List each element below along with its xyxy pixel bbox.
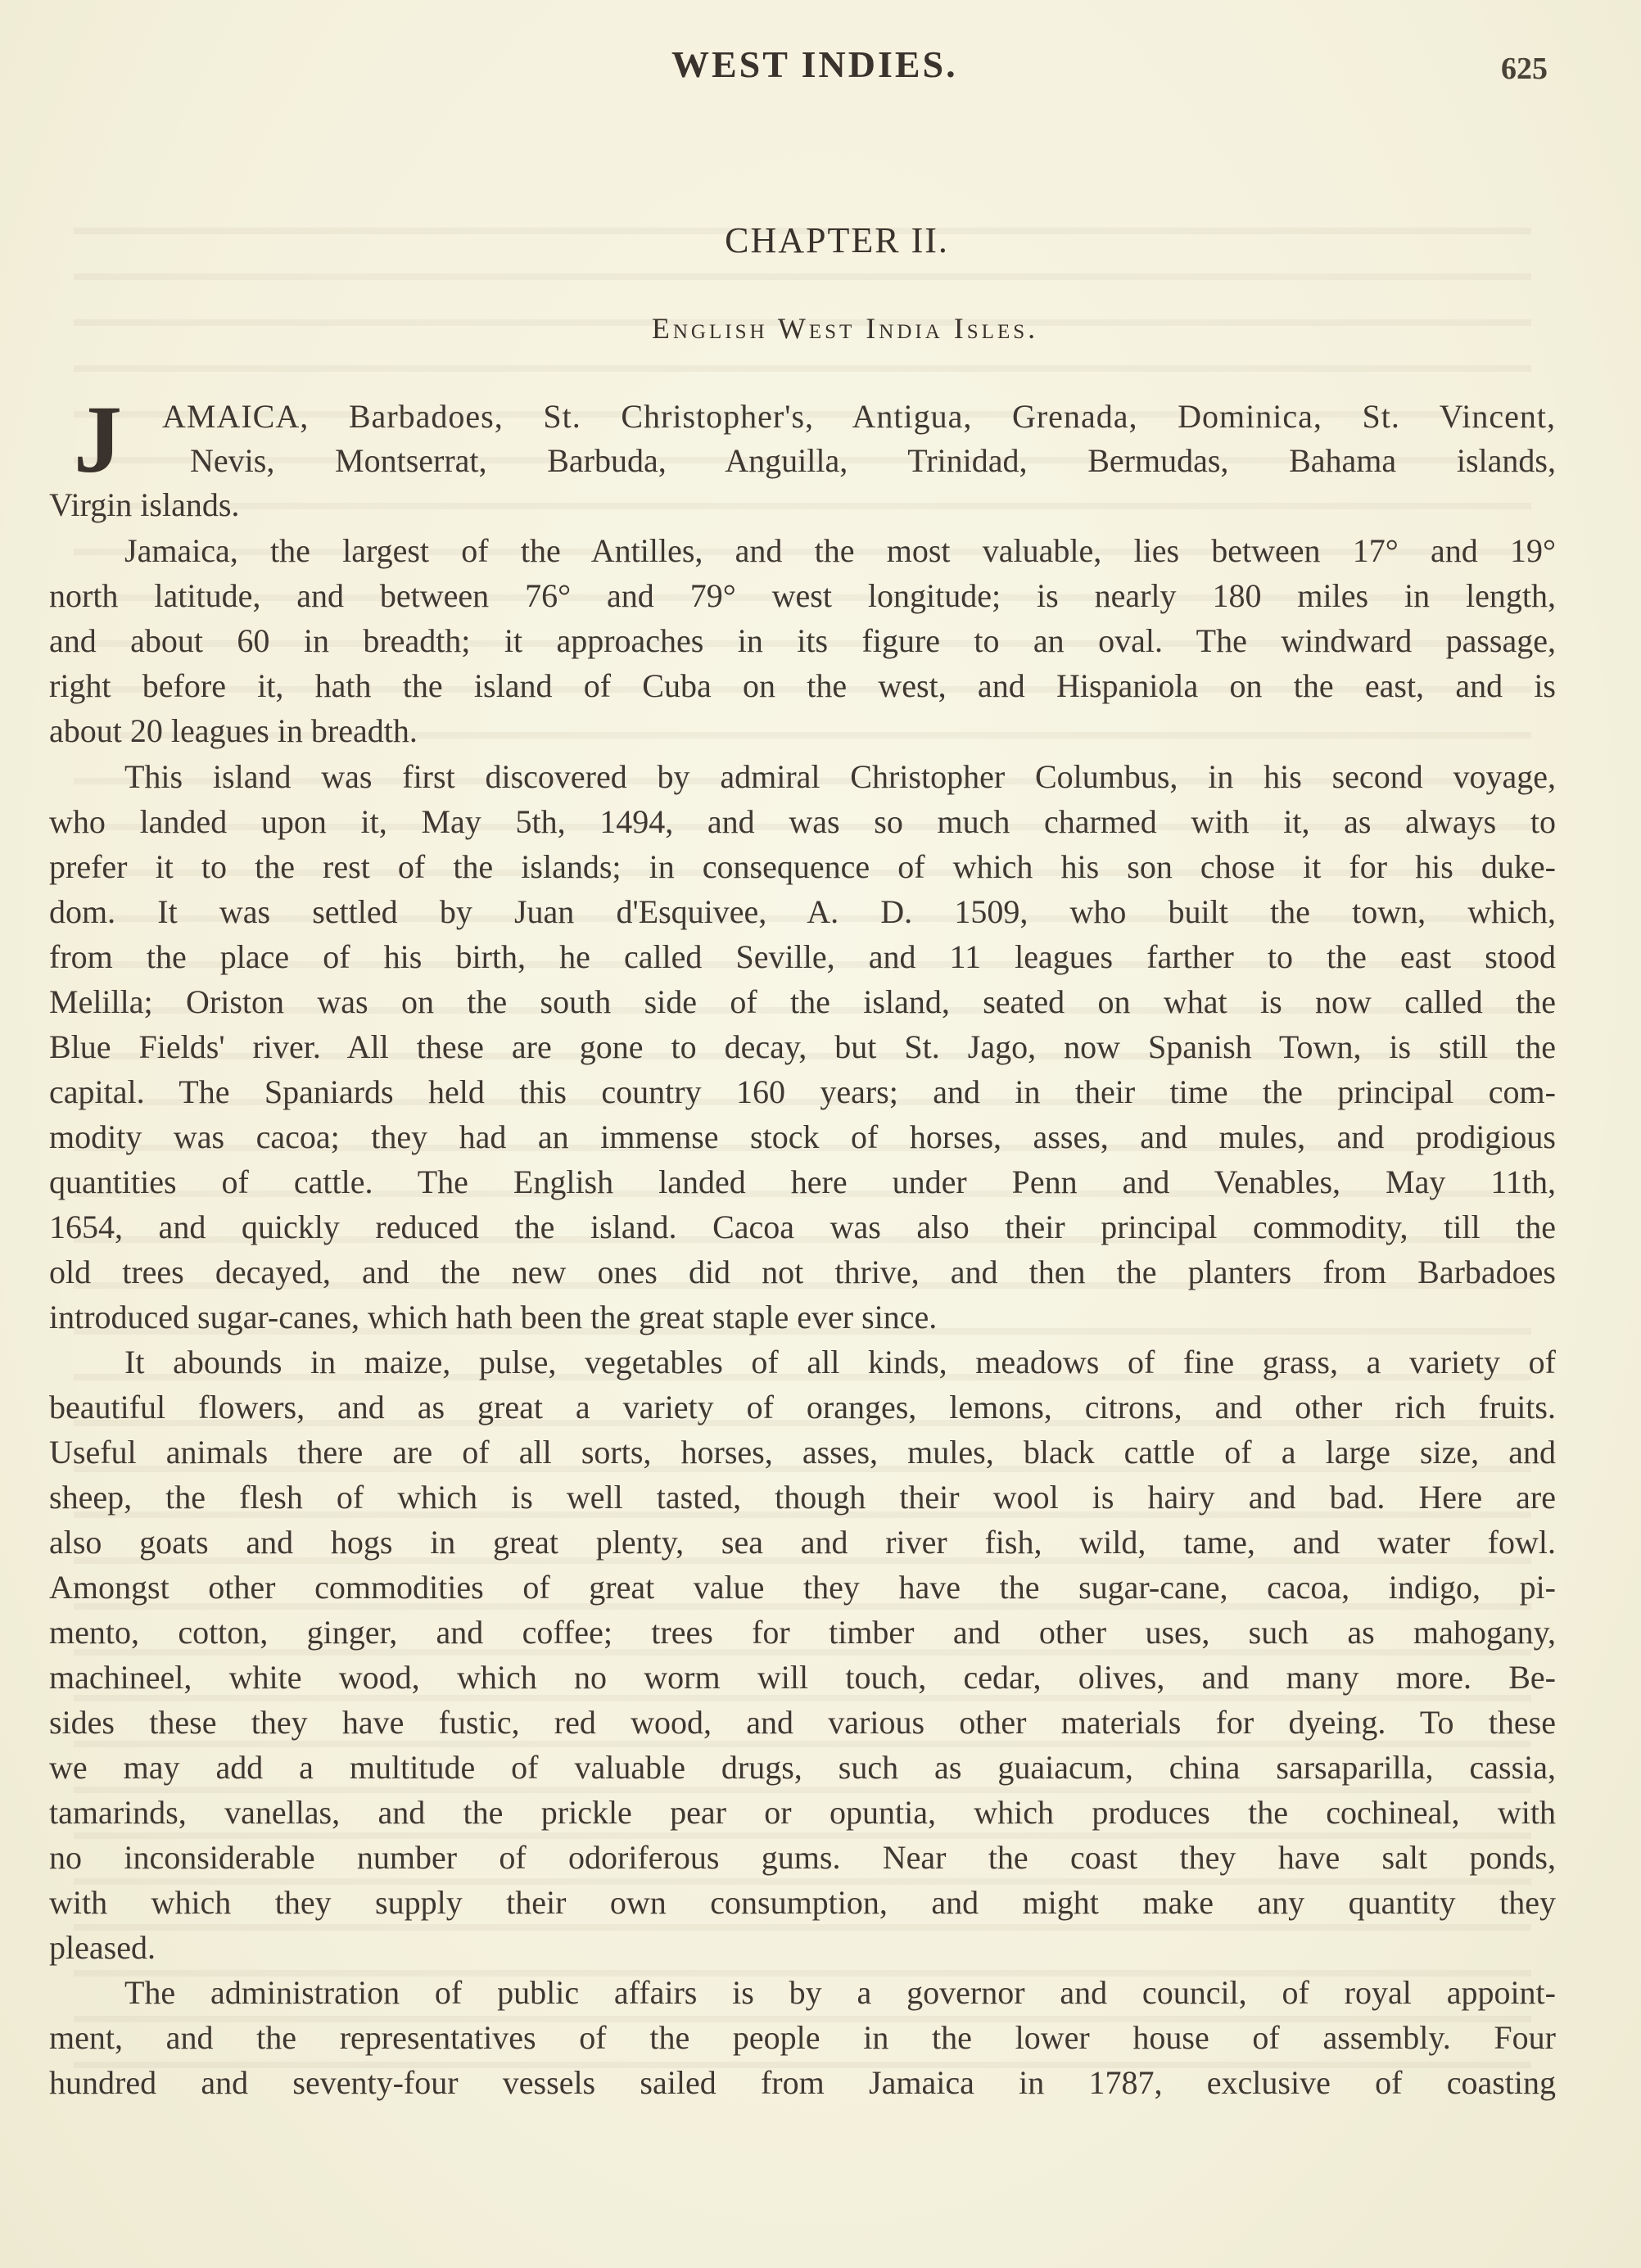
text-line: Virgin islands.: [49, 485, 1556, 526]
text-line: introduced sugar-canes, which hath been …: [49, 1297, 1556, 1338]
text-line: AMAICA, Barbadoes, St. Christopher's, An…: [49, 396, 1556, 437]
text-line: and about 60 in breadth; it approaches i…: [49, 621, 1556, 662]
text-line: north latitude, and between 76° and 79° …: [49, 576, 1556, 617]
text-line: about 20 leagues in breadth.: [49, 711, 1556, 752]
paragraph-start-line: The administration of public affairs is …: [49, 1972, 1556, 2013]
text-line: from the place of his birth, he called S…: [49, 937, 1556, 978]
text-line: Useful animals there are of all sorts, h…: [49, 1432, 1556, 1473]
text-line: who landed upon it, May 5th, 1494, and w…: [49, 802, 1556, 843]
text-line: modity was cacoa; they had an immense st…: [49, 1117, 1556, 1158]
text-line: Amongst other commodities of great value…: [49, 1567, 1556, 1608]
text-line: machineel, white wood, which no worm wil…: [49, 1657, 1556, 1698]
chapter-title: CHAPTER II.: [0, 219, 1641, 261]
text-line: sides these they have fustic, red wood, …: [49, 1702, 1556, 1743]
text-line: tamarinds, vanellas, and the prickle pea…: [49, 1792, 1556, 1833]
text-line: with which they supply their own consump…: [49, 1882, 1556, 1923]
text-line: ment, and the representatives of the peo…: [49, 2017, 1556, 2058]
text-line: old trees decayed, and the new ones did …: [49, 1252, 1556, 1293]
text-line: also goats and hogs in great plenty, sea…: [49, 1522, 1556, 1563]
text-line: Nevis, Montserrat, Barbuda, Anguilla, Tr…: [49, 440, 1556, 481]
paragraph-start-line: Jamaica, the largest of the Antilles, an…: [49, 531, 1556, 572]
running-title: WEST INDIES.: [671, 43, 958, 86]
text-line: Melilla; Oriston was on the south side o…: [49, 982, 1556, 1023]
text-line: pleased.: [49, 1927, 1556, 1968]
text-line: capital. The Spaniards held this country…: [49, 1072, 1556, 1113]
text-line: Blue Fields' river. All these are gone t…: [49, 1027, 1556, 1068]
paragraph-start-line: It abounds in maize, pulse, vegetables o…: [49, 1342, 1556, 1383]
text-line: beautiful flowers, and as great a variet…: [49, 1387, 1556, 1428]
book-page: WEST INDIES. 625 CHAPTER II. English Wes…: [0, 0, 1641, 2268]
page-number: 625: [1501, 51, 1548, 87]
text-line: hundred and seventy-four vessels sailed …: [49, 2062, 1556, 2103]
text-line: sheep, the flesh of which is well tasted…: [49, 1477, 1556, 1518]
text-line: mento, cotton, ginger, and coffee; trees…: [49, 1612, 1556, 1653]
paragraph-start-line: This island was first discovered by admi…: [49, 757, 1556, 797]
section-title: English West India Isles.: [0, 311, 1641, 346]
running-head: WEST INDIES. 625: [0, 43, 1641, 92]
text-line: prefer it to the rest of the islands; in…: [49, 847, 1556, 888]
text-line: no inconsiderable number of odoriferous …: [49, 1837, 1556, 1878]
text-line: dom. It was settled by Juan d'Esquivee, …: [49, 892, 1556, 933]
text-line: 1654, and quickly reduced the island. Ca…: [49, 1207, 1556, 1248]
text-line: right before it, hath the island of Cuba…: [49, 666, 1556, 707]
text-line: we may add a multitude of valuable drugs…: [49, 1747, 1556, 1788]
text-line: quantities of cattle. The English landed…: [49, 1162, 1556, 1203]
